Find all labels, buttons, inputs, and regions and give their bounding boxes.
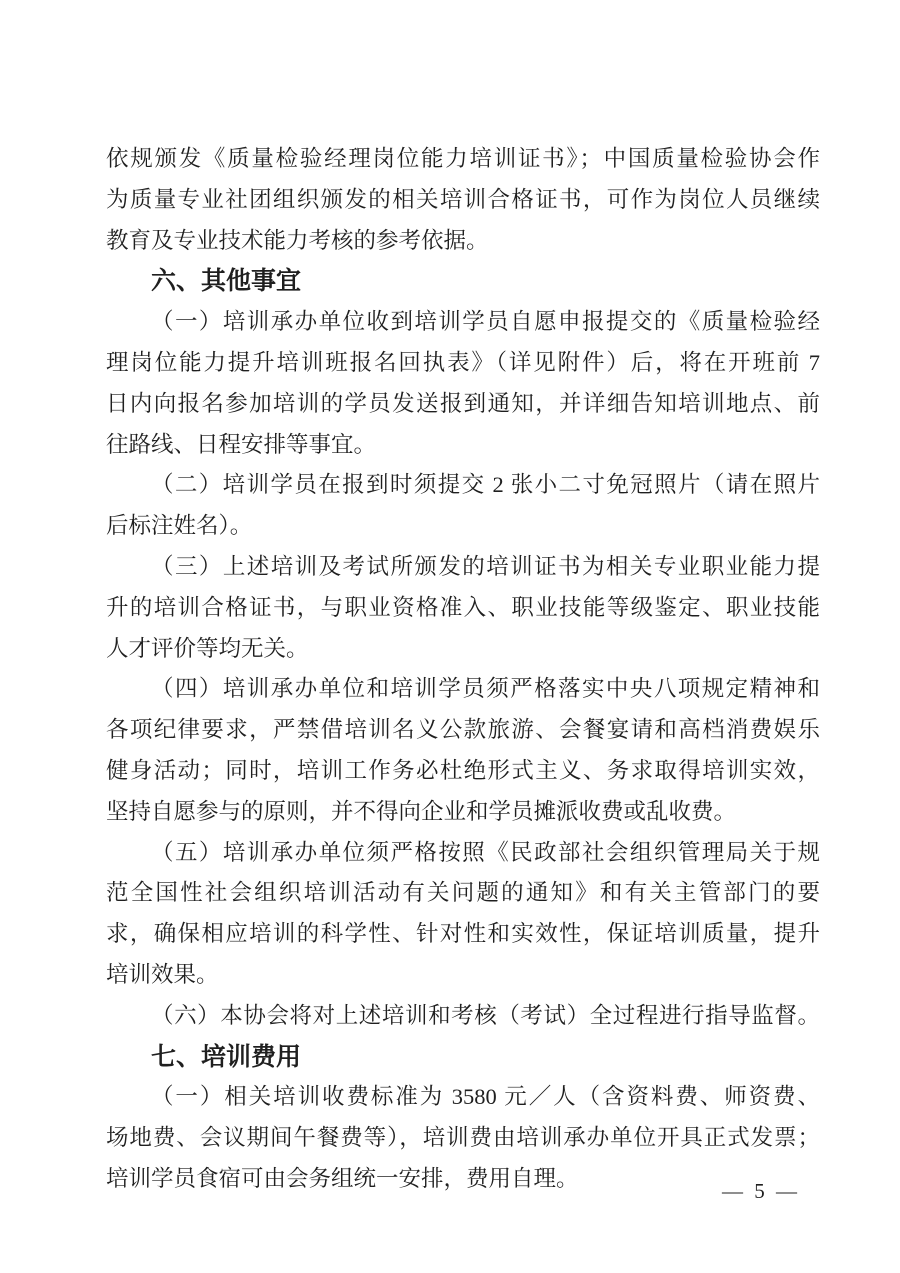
doc-line-item-2: （二）培训学员在报到时须提交 2 张小二寸免冠照片（请在照片	[106, 465, 820, 506]
doc-line: 培训学员食宿可由会务组统一安排，费用自理。	[106, 1159, 820, 1200]
doc-line: 教育及专业技术能力考核的参考依据。	[106, 221, 820, 262]
doc-line-item-fee-1: （一）相关培训收费标准为 3580 元／人（含资料费、师资费、	[106, 1077, 820, 1118]
document-page: 依规颁发《质量检验经理岗位能力培训证书》；中国质量检验协会作 为质量专业社团组织…	[0, 0, 900, 1273]
page-number: — 5 —	[722, 1178, 800, 1204]
section-heading-other-matters: 六、其他事宜	[106, 261, 820, 302]
section-heading-training-fees: 七、培训费用	[106, 1037, 820, 1078]
doc-line: 理岗位能力提升培训班报名回执表》（详见附件）后，将在开班前 7	[106, 343, 820, 384]
doc-line-item-5: （五）培训承办单位须严格按照《民政部社会组织管理局关于规	[106, 833, 820, 874]
doc-line: 场地费、会议期间午餐费等），培训费由培训承办单位开具正式发票；	[106, 1118, 820, 1159]
doc-line-item-6: （六）本协会将对上述培训和考核（考试）全过程进行指导监督。	[106, 996, 820, 1037]
doc-line: 培训效果。	[106, 955, 820, 996]
doc-line: 为质量专业社团组织颁发的相关培训合格证书，可作为岗位人员继续	[106, 180, 820, 221]
doc-line: 坚持自愿参与的原则，并不得向企业和学员摊派收费或乱收费。	[106, 792, 820, 833]
doc-line: 后标注姓名）。	[106, 506, 820, 547]
doc-line: 健身活动；同时，培训工作务必杜绝形式主义、务求取得培训实效，	[106, 751, 820, 792]
doc-line: 范全国性社会组织培训活动有关问题的通知》和有关主管部门的要	[106, 873, 820, 914]
doc-line: 各项纪律要求，严禁借培训名义公款旅游、会餐宴请和高档消费娱乐	[106, 710, 820, 751]
doc-line: 日内向报名参加培训的学员发送报到通知，并详细告知培训地点、前	[106, 384, 820, 425]
doc-line: 求，确保相应培训的科学性、针对性和实效性，保证培训质量，提升	[106, 914, 820, 955]
doc-line-item-4: （四）培训承办单位和培训学员须严格落实中央八项规定精神和	[106, 669, 820, 710]
doc-line-item-1: （一）培训承办单位收到培训学员自愿申报提交的《质量检验经	[106, 302, 820, 343]
doc-line-item-3: （三）上述培训及考试所颁发的培训证书为相关专业职业能力提	[106, 547, 820, 588]
doc-line: 依规颁发《质量检验经理岗位能力培训证书》；中国质量检验协会作	[106, 139, 820, 180]
document-body: 依规颁发《质量检验经理岗位能力培训证书》；中国质量检验协会作 为质量专业社团组织…	[106, 139, 820, 1200]
doc-line: 升的培训合格证书，与职业资格准入、职业技能等级鉴定、职业技能	[106, 588, 820, 629]
doc-line: 往路线、日程安排等事宜。	[106, 425, 820, 466]
doc-line: 人才评价等均无关。	[106, 629, 820, 670]
